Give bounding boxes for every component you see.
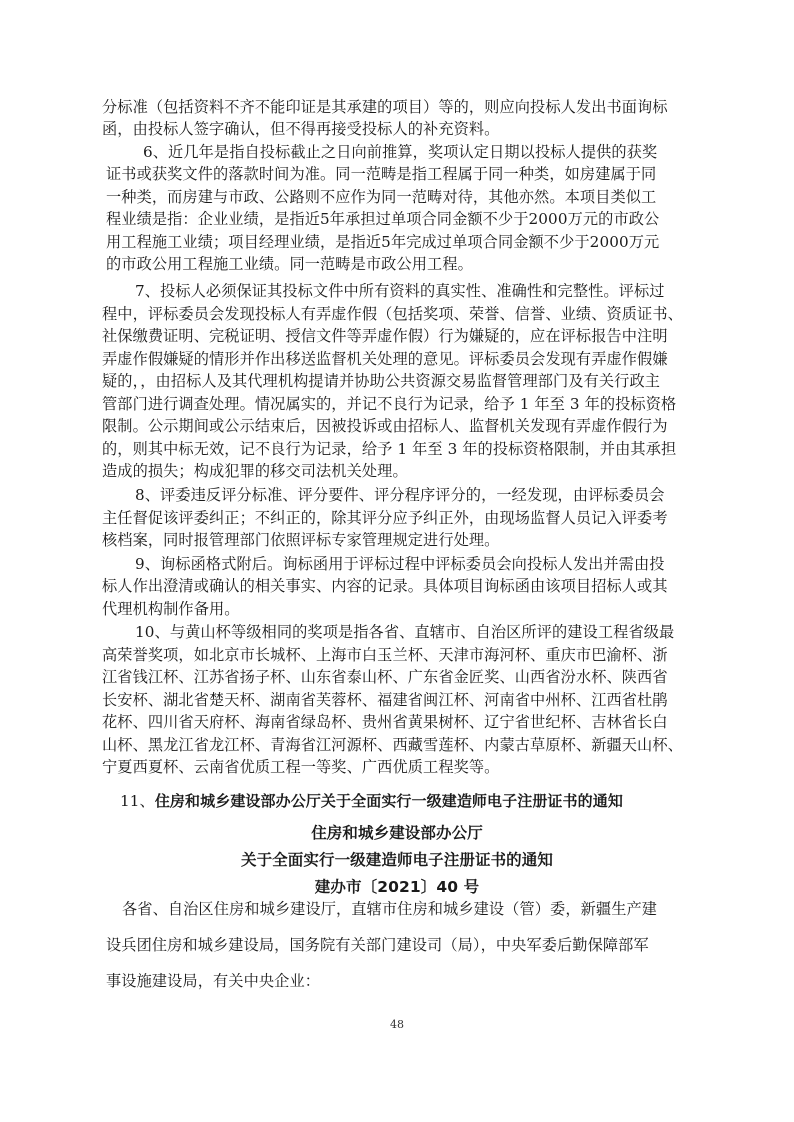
text-line: 的市政公用工程施工业绩。同一范畴是市政公用工程。 (106, 253, 473, 275)
text-line: 长安杯、湖北省楚天杯、湖南省芙蓉杯、福建省闽江杯、河南省中州杯、江西省杜鹃 (102, 689, 668, 711)
section-heading-11: 11、住房和城乡建设部办公厅关于全面实行一级建造师电子注册证书的通知 (120, 790, 623, 812)
text-line: 8、评委违反评分标准、评分要件、评分程序评分的，一经发现，由评标委员会 (135, 484, 665, 506)
text-line: 弄虚作假嫌疑的情形并作出移送监督机关处理的意见。评标委员会发现有弄虚作假嫌 (102, 348, 668, 370)
text-line: 山杯、黑龙江省龙江杯、青海省江河源杯、西藏雪莲杯、内蒙古草原杯、新疆天山杯、 (102, 734, 683, 756)
text-line: 的，则其中标无效，记不良行为记录，给予 1 年至 3 年的投标资格限制，并由其承… (102, 438, 676, 460)
notice-issuer: 住房和城乡建设部办公厅 (0, 822, 794, 844)
addressee-line: 各省、自治区住房和城乡建设厅，直辖市住房和城乡建设（管）委，新疆生产建 (122, 898, 657, 920)
text-line: 证书或获奖文件的落款时间为准。同一范畴是指工程属于同一种类，如房建属于同 (106, 163, 656, 185)
text-line: 9、询标函格式附后。询标函用于评标过程中评标委员会向投标人发出并需由投 (135, 553, 665, 575)
text-line: 代理机构制作备用。 (102, 598, 240, 620)
text-line: 社保缴费证明、完税证明、授信文件等弄虚作假）行为嫌疑的，应在评标报告中注明 (102, 325, 668, 347)
addressee-line: 事设施建设局，有关中央企业： (106, 970, 320, 992)
text-line: 用工程施工业绩；项目经理业绩，是指近5年完成过单项合同金额不少于2000万元 (106, 231, 659, 253)
text-line: 花杯、四川省天府杯、海南省绿岛杯、贵州省黄果树杯、辽宁省世纪杯、吉林省长白 (102, 711, 668, 733)
text-line: 管部门进行调查处理。情况属实的，并记不良行为记录，给予 1 年至 3 年的投标资… (102, 393, 676, 415)
text-line: 高荣誉奖项，如北京市长城杯、上海市白玉兰杯、天津市海河杯、重庆市巴渝杯、浙 (102, 644, 668, 666)
notice-doc-number: 建办市〔2021〕40 号 (0, 876, 794, 898)
text-line: 主任督促该评委纠正；不纠正的，除其评分应予纠正外，由现场监督人员记入评委考 (102, 507, 668, 529)
text-line: 核档案，同时报管理部门依照评标专家管理规定进行处理。 (102, 529, 499, 551)
text-line: 程业绩是指：企业业绩，是指近5年承担过单项合同金额不少于2000万元的市政公 (106, 208, 659, 230)
document-page: 分标准（包括资料不齐不能印证是其承建的项目）等的，则应向投标人发出书面询标函，由… (0, 0, 794, 1122)
text-line: 标人作出澄清或确认的相关事实、内容的记录。具体项目询标函由该项目招标人或其 (102, 575, 668, 597)
text-line: 造成的损失；构成犯罪的移交司法机关处理。 (102, 460, 408, 482)
page-number: 48 (0, 1018, 794, 1031)
text-line: 限制。公示期间或公示结束后，因被投诉或由招标人、监督机关发现有弄虚作假行为 (102, 415, 668, 437)
text-line: 江省钱江杯、江苏省扬子杯、山东省泰山杯、广东省金匠奖、山西省汾水杯、陕西省 (102, 666, 668, 688)
text-line: 程中，评标委员会发现投标人有弄虚作假（包括奖项、荣誉、信誉、业绩、资质证书、 (102, 303, 683, 325)
text-line: 分标准（包括资料不齐不能印证是其承建的项目）等的，则应向投标人发出书面询标 (102, 96, 668, 118)
text-line: 7、投标人必须保证其投标文件中所有资料的真实性、准确性和完整性。评标过 (135, 280, 665, 302)
text-line: 10、与黄山杯等级相同的奖项是指各省、直辖市、自治区所评的建设工程省级最 (135, 621, 674, 643)
section-heading-text: 住房和城乡建设部办公厅关于全面实行一级建造师电子注册证书的通知 (155, 792, 623, 810)
text-line: 疑的，，由招标人及其代理机构提请并协助公共资源交易监督管理部门及有关行政主 (102, 370, 660, 392)
text-line: 宁夏西夏杯、云南省优质工程一等奖、广西优质工程奖等。 (102, 756, 499, 778)
text-line: 6、近几年是指自投标截止之日向前推算，奖项认定日期以投标人提供的获奖 (143, 141, 657, 163)
addressee-line: 设兵团住房和城乡建设局，国务院有关部门建设司（局），中央军委后勤保障部军 (106, 934, 649, 956)
text-line: 函，由投标人签字确认，但不得再接受投标人的补充资料。 (102, 118, 499, 140)
text-line: 一种类，而房建与市政、公路则不应作为同一范畴对待，其他亦然。本项目类似工 (106, 186, 656, 208)
section-number: 11、 (120, 792, 155, 810)
notice-title: 关于全面实行一级建造师电子注册证书的通知 (0, 849, 794, 871)
